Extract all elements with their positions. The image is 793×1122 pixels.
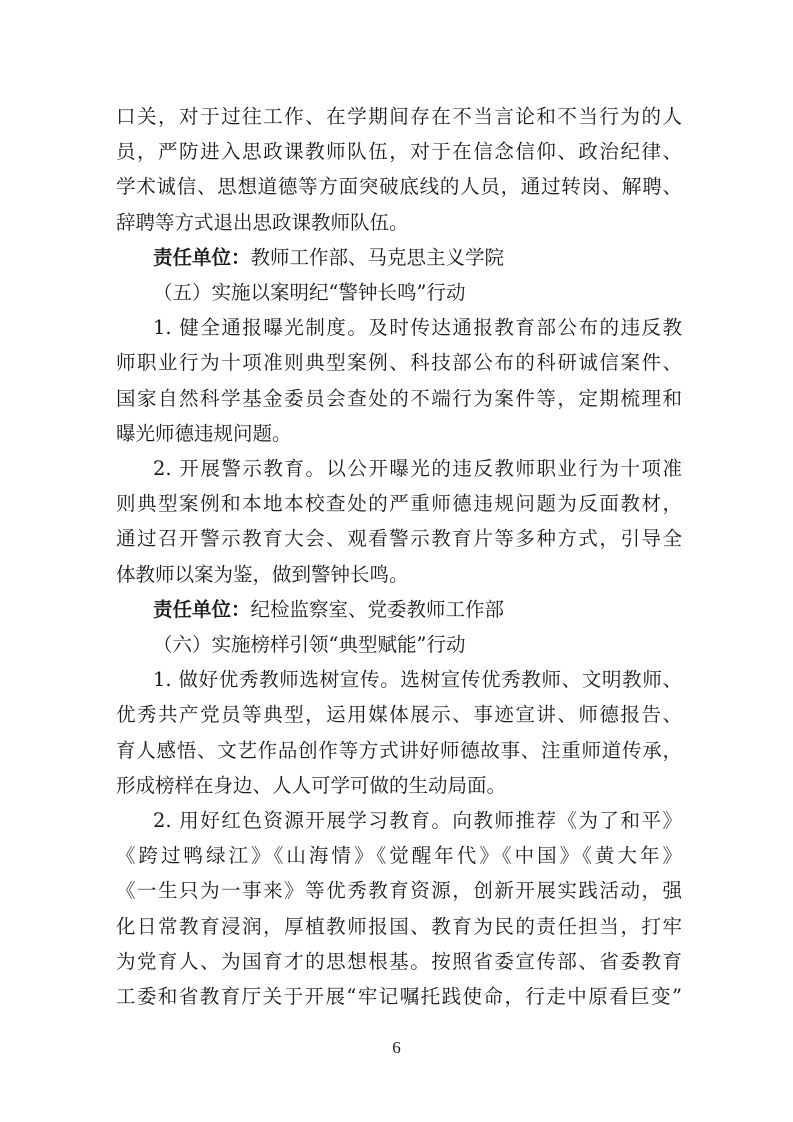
paragraph-line: 通过召开警示教育大会、观看警示教育片等多种方式，引导全 [116,524,682,554]
responsibility-label: 责任单位： [153,246,251,269]
paragraph-line: 师职业行为十项准则典型案例、科技部公布的科研诚信案件、 [116,348,682,378]
paragraph-line: 育人感悟、文艺作品创作等方式讲好师德故事、注重师道传承， [116,736,682,766]
paragraph-line: 《一生只为一事来》等优秀教育资源，创新开展实践活动，强 [116,876,682,906]
paragraph-line: 2. 用好红色资源开展学习教育。向教师推荐《为了和平》 [153,806,682,836]
responsibility-label: 责任单位： [153,598,251,621]
paragraph-line: 《跨过鸭绿江》《山海情》《觉醒年代》《中国》《黄大年》 [116,841,682,871]
paragraph-line: 为党育人、为国育才的思想根基。按照省委宣传部、省委教育 [116,947,682,977]
responsibility-units: 纪检监察室、党委教师工作部 [251,598,505,621]
paragraph-line: 员，严防进入思政课教师队伍，对于在信念信仰、政治纪律、 [116,137,682,167]
document-page: 口关，对于过往工作、在学期间存在不当言论和不当行为的人员，严防进入思政课教师队伍… [0,0,793,1122]
section-heading: （五）实施以案明纪“警钟长鸣”行动 [153,278,719,308]
responsibility-line: 责任单位：教师工作部、马克思主义学院 [153,243,719,273]
responsibility-units: 教师工作部、马克思主义学院 [251,246,505,269]
paragraph-line: 优秀共产党员等典型，运用媒体展示、事迹宣讲、师德报告、 [116,700,682,730]
paragraph-line: 体教师以案为鉴，做到警钟长鸣。 [116,560,682,590]
paragraph-line: 辞聘等方式退出思政课教师队伍。 [116,208,682,238]
paragraph-line: 口关，对于过往工作、在学期间存在不当言论和不当行为的人 [116,102,682,132]
paragraph-line: 1. 健全通报曝光制度。及时传达通报教育部公布的违反教 [153,313,682,343]
paragraph-line: 2. 开展警示教育。以公开曝光的违反教师职业行为十项准 [153,454,682,484]
section-heading: （六）实施榜样引领“典型赋能”行动 [153,630,719,660]
paragraph-line: 形成榜样在身边、人人可学可做的生动局面。 [116,771,682,801]
responsibility-line: 责任单位：纪检监察室、党委教师工作部 [153,595,719,625]
paragraph-line: 化日常教育浸润，厚植教师报国、教育为民的责任担当，打牢 [116,912,682,942]
paragraph-line: 工委和省教育厅关于开展“牢记嘱托践使命，行走中原看巨变” [116,982,682,1012]
paragraph-line: 曝光师德违规问题。 [116,419,682,449]
paragraph-line: 学术诚信、思想道德等方面突破底线的人员，通过转岗、解聘、 [116,172,682,202]
paragraph-line: 1. 做好优秀教师选树宣传。选树宣传优秀教师、文明教师、 [153,665,682,695]
paragraph-line: 则典型案例和本地本校查处的严重师德违规问题为反面教材， [116,489,682,519]
page-number: 6 [0,1038,793,1058]
paragraph-line: 国家自然科学基金委员会查处的不端行为案件等，定期梳理和 [116,384,682,414]
